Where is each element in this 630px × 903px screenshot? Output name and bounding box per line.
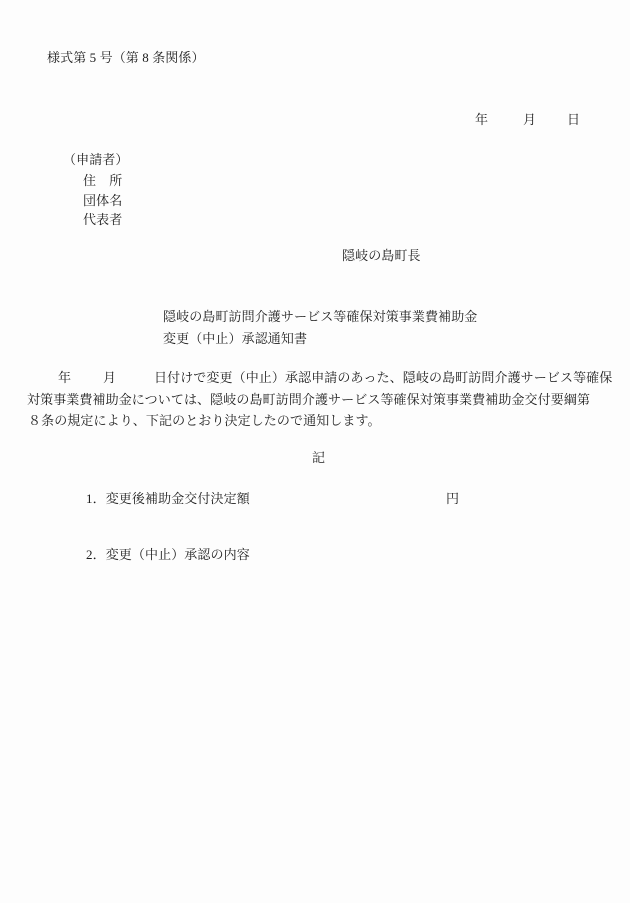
item-2-label: 変更（中止）承認の内容 <box>106 547 250 562</box>
record-marker: 記 <box>312 450 325 466</box>
item-2-number: 2． <box>86 547 106 562</box>
applicant-address-label: 住 所 <box>83 173 122 189</box>
body-line2-text: 対策事業費補助金については、隠岐の島町訪問介護サービス等確保対策事業費補助金交付… <box>27 392 590 408</box>
item-1-row: 1．変更後補助金交付決定額 <box>86 491 250 507</box>
document-title-line1: 隠岐の島町訪問介護サービス等確保対策事業費補助金 <box>163 309 477 325</box>
item-1-number: 1． <box>86 491 106 506</box>
applicant-organization-label: 団体名 <box>83 193 122 209</box>
item-1-unit-yen-label: 円 <box>446 491 459 507</box>
date-day-label: 日 <box>567 112 580 128</box>
applicant-representative-label: 代表者 <box>83 212 122 228</box>
date-year-label: 年 <box>475 112 488 128</box>
item-1-label: 変更後補助金交付決定額 <box>106 491 250 506</box>
addressee-mayor-label: 隠岐の島町長 <box>342 248 421 264</box>
body-line3-text: ８条の規定により、下記のとおり決定したので通知します。 <box>28 413 381 429</box>
form-number: 様式第 5 号（第 8 条関係） <box>47 50 205 66</box>
item-2-row: 2．変更（中止）承認の内容 <box>86 547 250 563</box>
document-page: 様式第 5 号（第 8 条関係） 年 月 日 （申請者） 住 所 団体名 代表者… <box>0 0 630 903</box>
body-line1-text: 日付けで変更（中止）承認申請のあった、隠岐の島町訪問介護サービス等確保 <box>154 370 612 386</box>
applicant-heading: （申請者） <box>63 152 129 168</box>
document-title-line2: 変更（中止）承認通知書 <box>163 331 307 347</box>
date-month-label: 月 <box>523 112 536 128</box>
body-date-year-label: 年 <box>58 370 71 386</box>
body-date-month-label: 月 <box>103 370 116 386</box>
